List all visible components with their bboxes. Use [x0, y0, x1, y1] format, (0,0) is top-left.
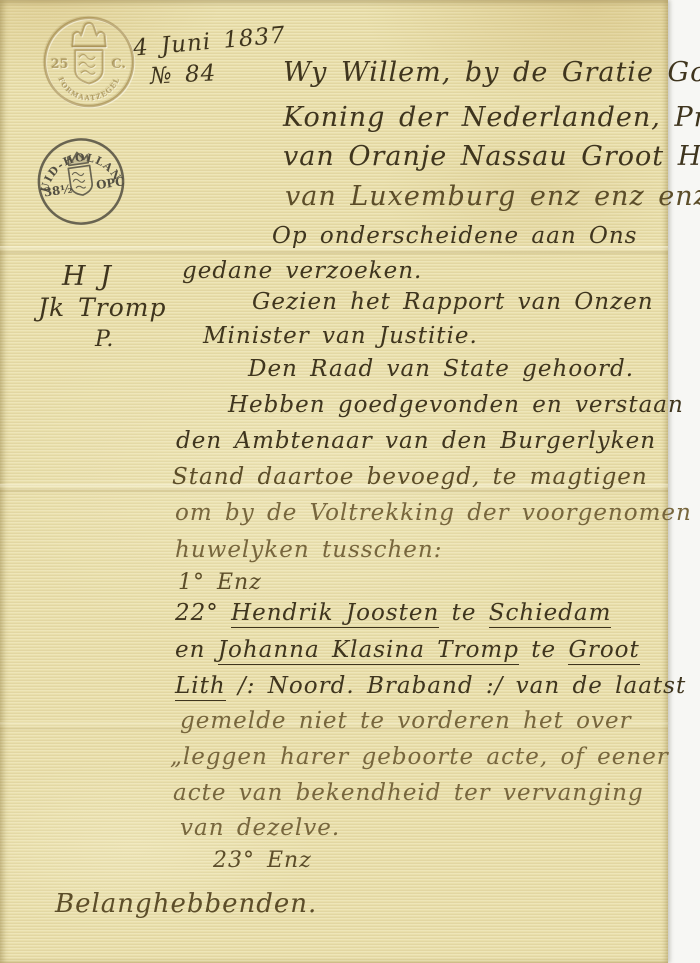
handwritten-line: Gezien het Rapport van Onzen	[252, 290, 654, 315]
handwritten-line: „leggen harer geboorte acte, of eener	[170, 745, 669, 770]
document-number: № 84	[149, 61, 217, 90]
handwriting-segment: Den Raad van State gehoord.	[248, 356, 634, 382]
handwritten-line: Den Raad van State gehoord.	[248, 357, 634, 382]
handwriting-segment: 23° Enz	[213, 848, 312, 873]
handwritten-line: Lith /: Noord. Braband :/ van de laatst	[175, 674, 686, 699]
handwriting-segment: P.	[95, 327, 114, 352]
handwritten-line: den Ambtenaar van den Burgerlyken	[176, 429, 656, 454]
handwritten-line: en Johanna Klasina Tromp te Groot	[175, 638, 640, 663]
handwriting-segment: H J	[62, 261, 112, 292]
handwriting-segment: Gezien het Rapport van Onzen	[252, 289, 654, 315]
underlined-name: Hendrik Joosten	[231, 600, 439, 628]
stamp-right-value: OPC	[95, 174, 125, 192]
handwriting-segment: 22°	[175, 600, 231, 626]
handwriting-segment: Jk Tromp	[38, 293, 167, 322]
handwriting-segment: Stand daartoe bevoegd, te magtigen	[172, 464, 648, 490]
underlined-name: Lith	[175, 673, 226, 701]
handwriting-segment: /: Noord. Braband :/ van de laatst	[226, 673, 687, 699]
paper-sheet: 25 C. FORMAATZEGEL ZUID-HOLLAND 38½ OPC	[0, 0, 668, 963]
zuid-holland-ink-stamp: ZUID-HOLLAND 38½ OPC	[35, 133, 127, 230]
handwriting-segment: „leggen harer geboorte acte, of eener	[170, 744, 669, 770]
handwritten-line: Koning der Nederlanden, Prins	[283, 103, 700, 133]
scanned-document: 25 C. FORMAATZEGEL ZUID-HOLLAND 38½ OPC	[0, 0, 700, 963]
margin-note: H J	[62, 262, 112, 292]
handwritten-line: 23° Enz	[213, 849, 312, 873]
handwritten-line: Wy Willem, by de Gratie Gods	[283, 58, 700, 88]
seal-bottom-text: FORMAATZEGEL	[56, 76, 121, 102]
handwriting-segment: gedane verzoeken.	[182, 258, 422, 284]
handwritten-line: Stand daartoe bevoegd, te magtigen	[172, 465, 648, 490]
handwritten-line: van Luxemburg enz enz enz	[285, 182, 700, 212]
handwriting-segment: 1° Enz	[178, 570, 262, 595]
handwriting-segment: te	[439, 600, 488, 626]
underlined-name: Johanna Klasina Tromp	[218, 637, 519, 665]
seal-right-value: C.	[112, 57, 126, 72]
stamp-left-value: 38½	[43, 182, 73, 200]
underlined-name: Groot	[568, 637, 639, 665]
handwritten-line: Op onderscheidene aan Ons	[272, 224, 637, 249]
handwritten-line: acte van bekendheid ter vervanging	[173, 781, 644, 806]
handwriting-segment: Koning der Nederlanden, Prins	[283, 102, 700, 133]
handwritten-line: Minister van Justitie.	[203, 324, 478, 349]
handwriting-segment: huwelyken tusschen:	[175, 537, 442, 563]
handwriting-segment: Hebben goedgevonden en verstaan	[228, 392, 684, 418]
handwritten-line: gemelde niet te vorderen het over	[180, 709, 632, 734]
handwriting-segment: Minister van Justitie.	[203, 323, 478, 349]
handwriting-segment: Belanghebbenden.	[55, 889, 317, 919]
handwriting-segment: om by de Voltrekking der voorgenomen	[175, 500, 692, 526]
handwriting-segment: gemelde niet te vorderen het over	[180, 708, 632, 734]
handwritten-line: om by de Voltrekking der voorgenomen	[175, 501, 692, 526]
handwriting-segment: Op onderscheidene aan Ons	[272, 223, 637, 249]
handwriting-segment: den Ambtenaar van den Burgerlyken	[176, 428, 656, 454]
handwriting-segment: van Oranje Nassau Groot Hertog	[283, 141, 700, 172]
margin-note: P.	[95, 328, 114, 352]
handwriting-segment: Wy Willem, by de Gratie Gods	[283, 57, 700, 88]
handwriting-segment: van Luxemburg enz enz enz	[285, 181, 700, 212]
seal-left-value: 25	[51, 57, 69, 72]
handwriting-segment: en	[175, 637, 218, 663]
handwritten-line: 1° Enz	[178, 571, 262, 595]
handwriting-segment: te	[519, 637, 568, 663]
svg-text:FORMAATZEGEL: FORMAATZEGEL	[56, 76, 121, 102]
handwriting-segment: van dezelve.	[180, 815, 340, 841]
handwritten-line: van Oranje Nassau Groot Hertog	[283, 142, 700, 172]
handwritten-line: Hebben goedgevonden en verstaan	[228, 393, 684, 418]
underlined-name: Schiedam	[489, 600, 612, 628]
handwritten-line: van dezelve.	[180, 816, 340, 841]
document-date: 4 Juni 1837	[132, 23, 287, 62]
handwritten-line: huwelyken tusschen:	[175, 538, 442, 563]
margin-note: Jk Tromp	[38, 294, 167, 322]
handwritten-line: 22° Hendrik Joosten te Schiedam	[175, 601, 611, 626]
seal-crown-icon	[72, 23, 105, 46]
handwritten-line: Belanghebbenden.	[55, 890, 317, 919]
embossed-revenue-seal: 25 C. FORMAATZEGEL	[40, 13, 138, 111]
handwriting-segment: acte van bekendheid ter vervanging	[173, 780, 644, 806]
handwritten-line: gedane verzoeken.	[182, 259, 422, 284]
